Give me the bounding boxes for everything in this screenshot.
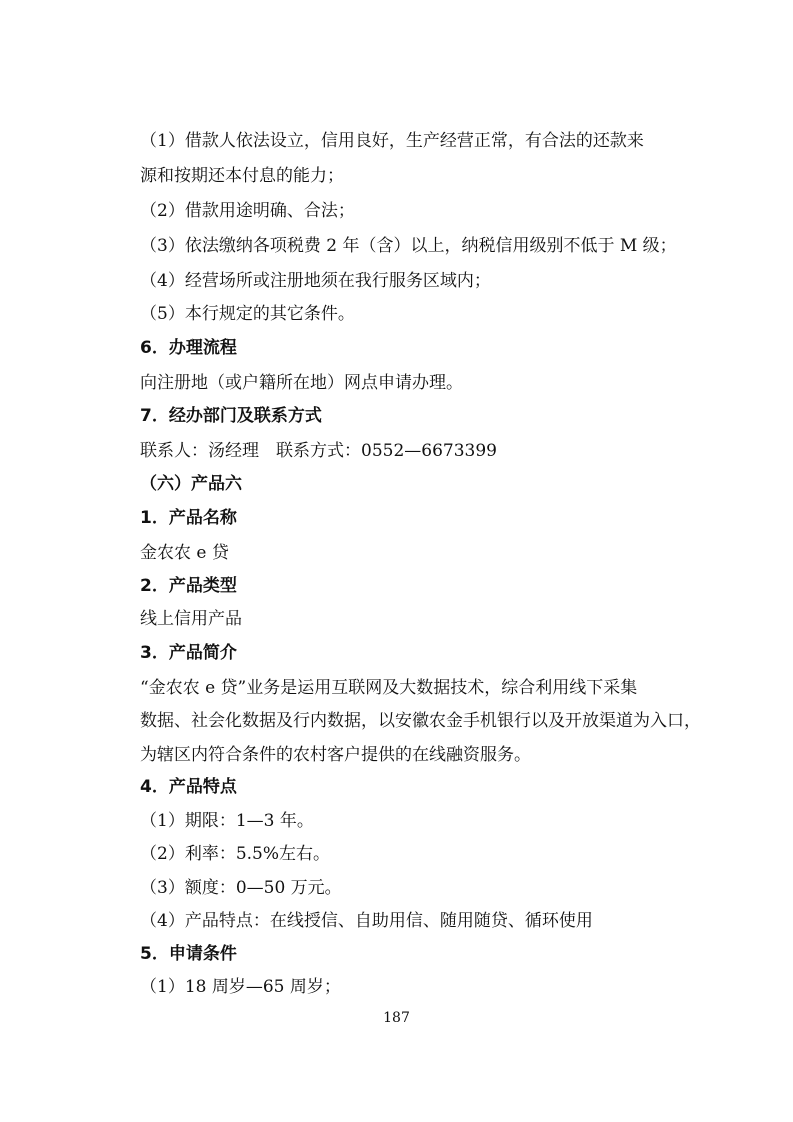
text-line: （2）利率：5.5%左右。 xyxy=(140,843,330,865)
text-line: 为辖区内符合条件的农村客户提供的在线融资服务。 xyxy=(140,744,531,766)
text-line: （1）18 周岁—65 周岁； xyxy=(140,976,341,998)
section-heading: 6．办理流程 xyxy=(140,337,237,359)
section-heading: 1．产品名称 xyxy=(140,507,237,529)
text-line: （4）经营场所或注册地须在我行服务区域内； xyxy=(140,270,491,292)
text-line: 线上信用产品 xyxy=(140,608,242,630)
text-line: （2）借款用途明确、合法； xyxy=(140,200,355,222)
text-line: （1）期限：1—3 年。 xyxy=(140,810,314,832)
text-line: 金农农 e 贷 xyxy=(140,542,229,564)
text-line: 联系人：汤经理 联系方式：0552—6673399 xyxy=(140,440,497,462)
section-heading: 5．申请条件 xyxy=(140,943,237,965)
text-line: （4）产品特点：在线授信、自助用信、随用随贷、循环使用 xyxy=(140,910,593,932)
section-heading: 3．产品简介 xyxy=(140,642,237,664)
section-heading: 7．经办部门及联系方式 xyxy=(140,405,322,427)
text-line: “金农农 e 贷”业务是运用互联网及大数据技术，综合利用线下采集 xyxy=(140,677,637,699)
text-line: （3）依法缴纳各项税费 2 年（含）以上，纳税信用级别不低于 M 级； xyxy=(140,235,677,257)
section-heading: 2．产品类型 xyxy=(140,575,237,597)
text-line: （1）借款人依法设立，信用良好，生产经营正常，有合法的还款来 xyxy=(140,130,644,152)
page-number: 187 xyxy=(0,1010,793,1026)
text-line: 数据、社会化数据及行内数据，以安徽农金手机银行以及开放渠道为入口， xyxy=(140,710,701,732)
section-heading: 4．产品特点 xyxy=(140,776,237,798)
text-line: 向注册地（或户籍所在地）网点申请办理。 xyxy=(140,372,463,394)
text-line: （3）额度：0—50 万元。 xyxy=(140,877,342,899)
text-line: （5）本行规定的其它条件。 xyxy=(140,303,355,325)
section-heading: （六）产品六 xyxy=(140,473,242,495)
text-line: 源和按期还本付息的能力； xyxy=(140,165,344,187)
